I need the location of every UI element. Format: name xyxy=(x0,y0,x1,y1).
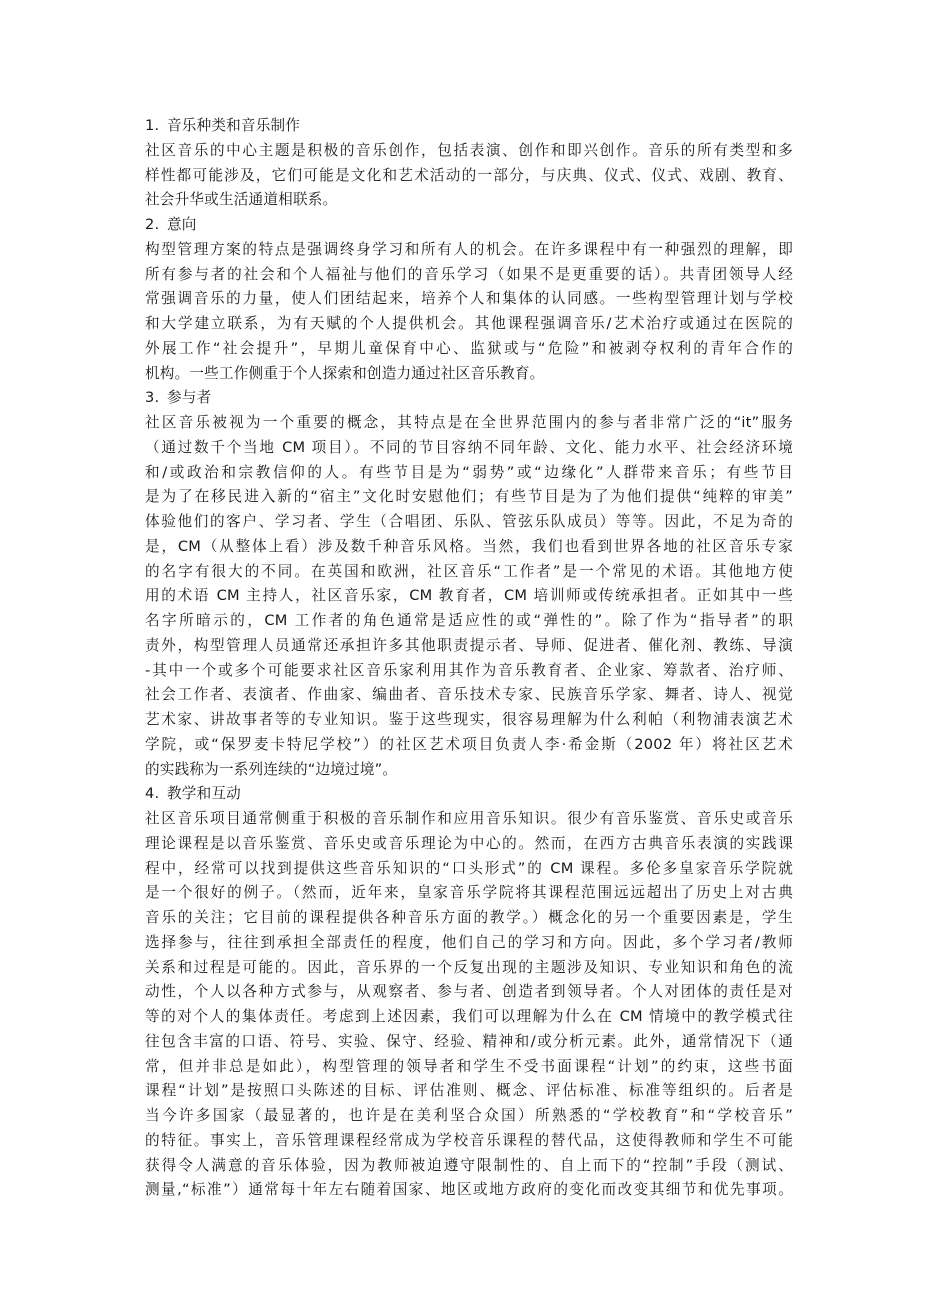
section-heading: 2.意向 xyxy=(145,213,793,238)
paragraph-line: 体验他们的客户、学习者、学生（合唱团、乐队、管弦乐队成员）等等。因此，不足为奇的 xyxy=(145,510,793,535)
section-title: 意向 xyxy=(167,216,197,233)
paragraph-line: 测量,“标准”）通常每十年左右随着国家、地区或地方政府的变化而改变其细节和优先事… xyxy=(145,1178,793,1203)
section-title: 参与者 xyxy=(167,389,211,406)
paragraph-line: （通过数千个当地 CM 项目）。不同的节目容纳不同年龄、文化、能力水平、社会经济… xyxy=(145,436,793,461)
paragraph-line: 课程“计划”是按照口头陈述的目标、评估准则、概念、评估标准、标准等组织的。后者是 xyxy=(145,1079,793,1104)
paragraph-line: 社会升华或生活通道相联系。 xyxy=(145,188,793,213)
paragraph-line: 机构。一些工作侧重于个人探索和创造力通过社区音乐教育。 xyxy=(145,362,793,387)
paragraph-line: 常强调音乐的力量，使人们团结起来，培养个人和集体的认同感。一些构型管理计划与学校 xyxy=(145,287,793,312)
paragraph-line: 当今许多国家（最显著的，也许是在美利坚合众国）所熟悉的“学校教育”和“学校音乐” xyxy=(145,1104,793,1129)
paragraph-line: 的实践称为一系列连续的“边境过境”。 xyxy=(145,758,793,783)
paragraph-line: 是，CM（从整体上看）涉及数千种音乐风格。当然，我们也看到世界各地的社区音乐专家 xyxy=(145,535,793,560)
section-3: 3.参与者 社区音乐被视为一个重要的概念，其特点是在全世界范围内的参与者非常广泛… xyxy=(145,386,793,782)
paragraph-line: 音乐的关注；它目前的课程提供各种音乐方面的教学。）概念化的另一个重要因素是，学生 xyxy=(145,906,793,931)
paragraph-line: 社区音乐的中心主题是积极的音乐创作，包括表演、创作和即兴创作。音乐的所有类型和多 xyxy=(145,139,793,164)
paragraph-line: 学院，或“保罗麦卡特尼学校”）的社区艺术项目负责人李·希金斯（2002 年）将社… xyxy=(145,733,793,758)
paragraph-line: 动性，个人以各种方式参与，从观察者、参与者、创造者到领导者。个人对团体的责任是对 xyxy=(145,980,793,1005)
paragraph-line: 程中，经常可以找到提供这些音乐知识的“口头形式”的 CM 课程。多伦多皇家音乐学… xyxy=(145,857,793,882)
section-heading: 3.参与者 xyxy=(145,386,793,411)
paragraph-line: 外展工作“社会提升”，早期儿童保育中心、监狱或与“危险”和被剥夺权利的青年合作的 xyxy=(145,337,793,362)
paragraph-line: 所有参与者的社会和个人福祉与他们的音乐学习（如果不是更重要的话）。共青团领导人经 xyxy=(145,263,793,288)
section-heading: 1.音乐种类和音乐制作 xyxy=(145,114,793,139)
paragraph-line: 的特征。事实上，音乐管理课程经常成为学校音乐课程的替代品，这使得教师和学生不可能 xyxy=(145,1129,793,1154)
paragraph-line: 获得令人满意的音乐体验，因为教师被迫遵守限制性的、自上而下的“控制”手段（测试、 xyxy=(145,1154,793,1179)
paragraph-line: 选择参与，往往到承担全部责任的程度，他们自己的学习和方向。因此，多个学习者/教师 xyxy=(145,931,793,956)
paragraph-line: 名字所暗示的，CM 工作者的角色通常是适应性的或“弹性的”。除了作为“指导者”的… xyxy=(145,609,793,634)
paragraph-line: 等的对个人的集体责任。考虑到上述因素，我们可以理解为什么在 CM 情境中的教学模… xyxy=(145,1005,793,1030)
paragraph-line: 的名字有很大的不同。在英国和欧洲，社区音乐“工作者”是一个常见的术语。其他地方使 xyxy=(145,560,793,585)
section-4: 4.教学和互动 社区音乐项目通常侧重于积极的音乐制作和应用音乐知识。很少有音乐鉴… xyxy=(145,782,793,1203)
section-1: 1.音乐种类和音乐制作 社区音乐的中心主题是积极的音乐创作，包括表演、创作和即兴… xyxy=(145,114,793,213)
paragraph-line: 用的术语 CM 主持人，社区音乐家，CM 教育者，CM 培训师或传统承担者。正如… xyxy=(145,584,793,609)
section-number: 3. xyxy=(145,386,167,411)
paragraph-line: 艺术家、讲故事者等的专业知识。鉴于这些现实，很容易理解为什么利帕（利物浦表演艺术 xyxy=(145,708,793,733)
paragraph-line: 是一个很好的例子。（然而，近年来，皇家音乐学院将其课程范围远远超出了历史上对古典 xyxy=(145,881,793,906)
section-number: 1. xyxy=(145,114,167,139)
paragraph-line: 常，但并非总是如此），构型管理的领导者和学生不受书面课程“计划”的约束，这些书面 xyxy=(145,1055,793,1080)
paragraph-line: 责外，构型管理人员通常还承担许多其他职责提示者、导师、促进者、催化剂、教练、导演 xyxy=(145,634,793,659)
section-title: 音乐种类和音乐制作 xyxy=(167,117,300,134)
paragraph-line: 和大学建立联系，为有天赋的个人提供机会。其他课程强调音乐/艺术治疗或通过在医院的 xyxy=(145,312,793,337)
section-number: 2. xyxy=(145,213,167,238)
paragraph-line: 是为了在移民进入新的“宿主”文化时安慰他们；有些节目是为了为他们提供“纯粹的审美… xyxy=(145,485,793,510)
paragraph-line: 社会工作者、表演者、作曲家、编曲者、音乐技术专家、民族音乐学家、舞者、诗人、视觉 xyxy=(145,683,793,708)
section-heading: 4.教学和互动 xyxy=(145,782,793,807)
paragraph-line: 样性都可能涉及，它们可能是文化和艺术活动的一部分，与庆典、仪式、仪式、戏剧、教育… xyxy=(145,164,793,189)
section-2: 2.意向 构型管理方案的特点是强调终身学习和所有人的机会。在许多课程中有一种强烈… xyxy=(145,213,793,386)
paragraph-line: 社区音乐被视为一个重要的概念，其特点是在全世界范围内的参与者非常广泛的“it”服… xyxy=(145,411,793,436)
section-number: 4. xyxy=(145,782,167,807)
paragraph-line: 构型管理方案的特点是强调终身学习和所有人的机会。在许多课程中有一种强烈的理解，即 xyxy=(145,238,793,263)
section-title: 教学和互动 xyxy=(167,785,241,802)
paragraph-line: 和/或政治和宗教信仰的人。有些节目是为“弱势”或“边缘化”人群带来音乐；有些节目 xyxy=(145,461,793,486)
paragraph-line: 往包含丰富的口语、符号、实验、保守、经验、精神和/或分析元素。此外，通常情况下（… xyxy=(145,1030,793,1055)
document-page: 1.音乐种类和音乐制作 社区音乐的中心主题是积极的音乐创作，包括表演、创作和即兴… xyxy=(145,114,793,1203)
paragraph-line: 社区音乐项目通常侧重于积极的音乐制作和应用音乐知识。很少有音乐鉴赏、音乐史或音乐 xyxy=(145,807,793,832)
paragraph-line: -其中一个或多个可能要求社区音乐家利用其作为音乐教育者、企业家、筹款者、治疗师、 xyxy=(145,659,793,684)
paragraph-line: 关系和过程是可能的。因此，音乐界的一个反复出现的主题涉及知识、专业知识和角色的流 xyxy=(145,956,793,981)
paragraph-line: 理论课程是以音乐鉴赏、音乐史或音乐理论为中心的。然而，在西方古典音乐表演的实践课 xyxy=(145,832,793,857)
